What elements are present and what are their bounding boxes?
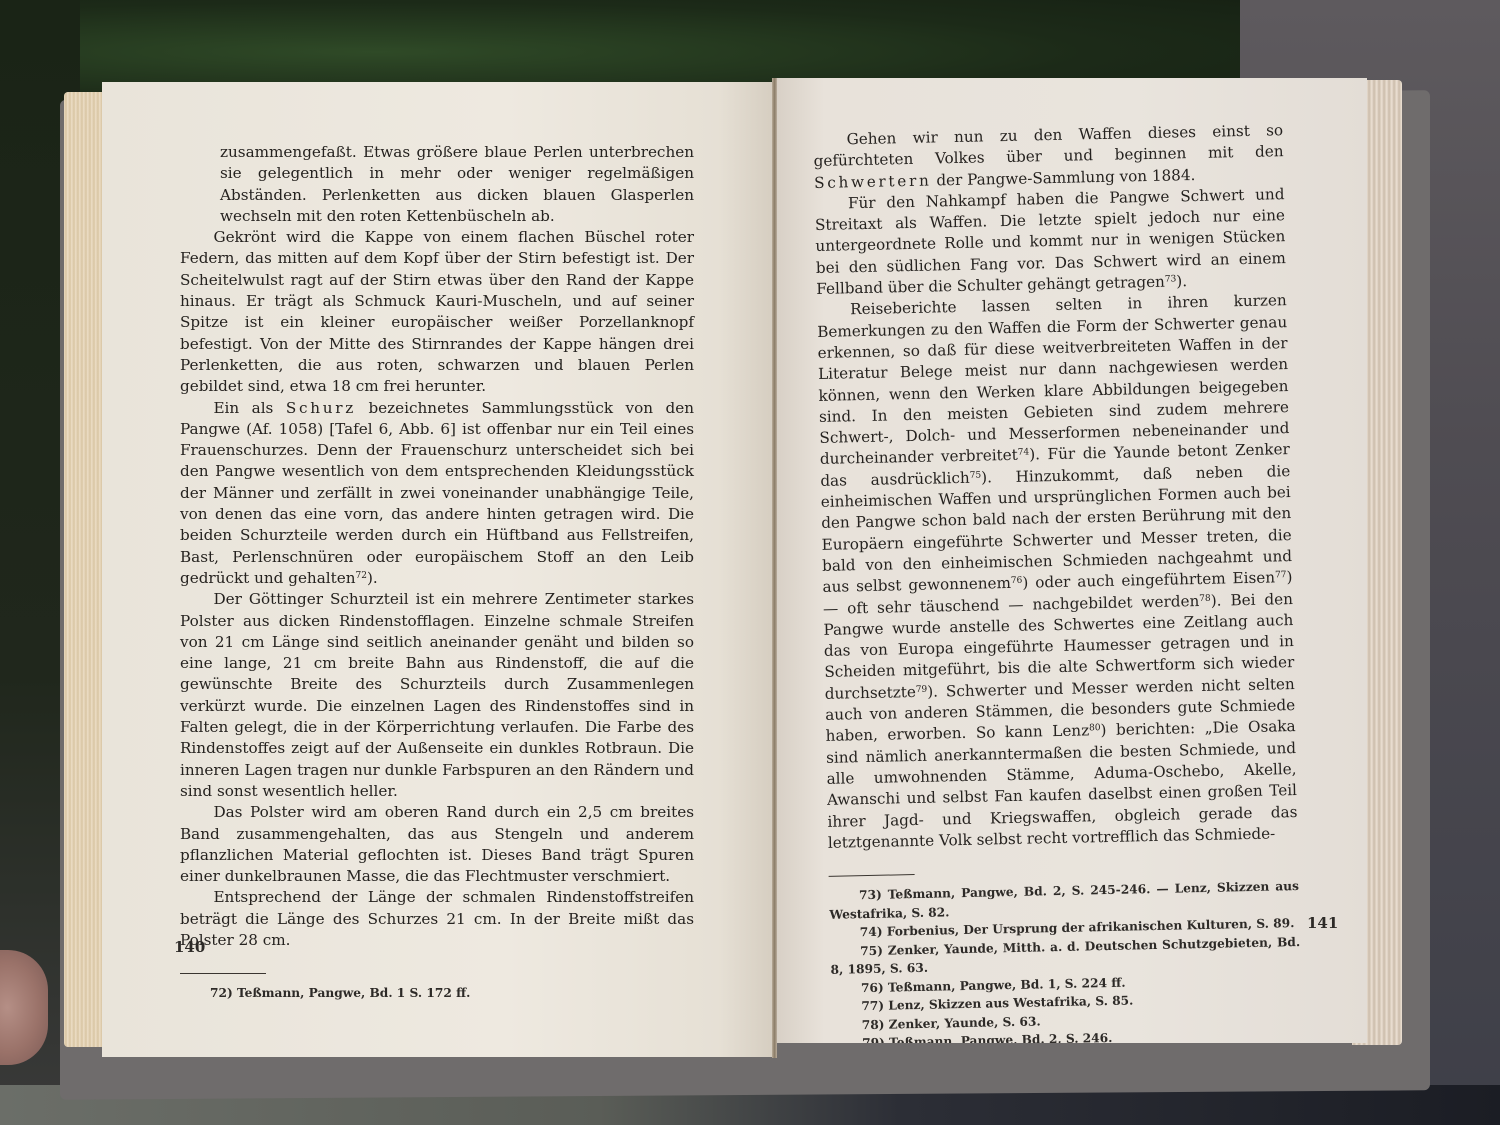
footnote: 72) Teßmann, Pangwe, Bd. 1 S. 172 ff. <box>180 984 694 1003</box>
paragraph: Für den Nahkampf haben die Pangwe Schwer… <box>814 184 1286 300</box>
footnote-ref: 73 <box>1165 275 1177 285</box>
footnote-ref: 77 <box>1275 570 1287 580</box>
thumb <box>0 950 48 1065</box>
footnote-divider <box>829 874 915 877</box>
right-page-body: Gehen wir nun zu den Waffen dieses einst… <box>813 120 1303 1043</box>
right-page: Gehen wir nun zu den Waffen dieses einst… <box>777 78 1367 1043</box>
paragraph: Das Polster wird am oberen Rand durch ei… <box>180 802 694 887</box>
page-number: 141 <box>1307 914 1338 932</box>
footnote-ref: 75 <box>970 470 982 480</box>
spaced-term: Schwertern <box>814 171 932 191</box>
left-page-body: zusammengefaßt. Etwas größere blaue Perl… <box>180 142 694 1003</box>
footnote-ref: 78 <box>1199 593 1211 603</box>
paragraph: Reiseberichte lassen selten in ihren kur… <box>817 290 1298 853</box>
footnote-ref: 74 <box>1018 448 1030 458</box>
paragraph: Gekrönt wird die Kappe von einem flachen… <box>180 227 694 397</box>
footnote-ref: 80 <box>1089 723 1101 733</box>
paragraph: Ein als Schurz bezeichnetes Sammlungsstü… <box>180 398 694 590</box>
paragraph: Der Göttinger Schurzteil ist ein mehrere… <box>180 589 694 802</box>
paragraph: Gehen wir nun zu den Waffen dieses einst… <box>813 120 1284 194</box>
footnote-ref: 79 <box>916 684 928 694</box>
footnotes: 73) Teßmann, Pangwe, Bd. 2, S. 245-246. … <box>829 877 1303 1043</box>
footnote-ref: 72 <box>356 571 367 581</box>
footnote-divider <box>180 973 266 974</box>
paragraph: Entsprechend der Länge der schmalen Rind… <box>180 887 694 951</box>
left-page: zusammengefaßt. Etwas größere blaue Perl… <box>102 82 772 1057</box>
footnote-ref: 76 <box>1011 576 1023 586</box>
page-number: 140 <box>174 938 205 956</box>
spaced-term: Schurz <box>286 399 356 417</box>
paragraph: zusammengefaßt. Etwas größere blaue Perl… <box>180 142 694 227</box>
footnotes: 72) Teßmann, Pangwe, Bd. 1 S. 172 ff. <box>180 984 694 1003</box>
